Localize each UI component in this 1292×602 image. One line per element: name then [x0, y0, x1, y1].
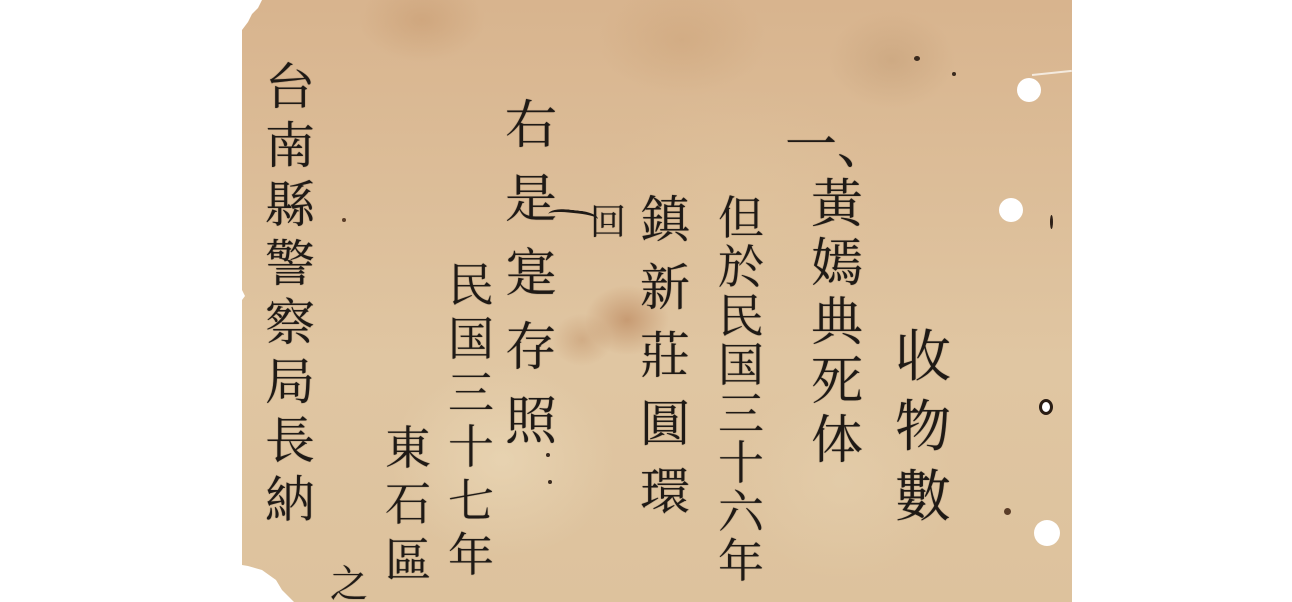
char: 局: [265, 357, 315, 407]
char: 嫣: [811, 238, 863, 290]
char: 察: [265, 298, 315, 348]
char: 民: [718, 293, 764, 339]
char: 存: [505, 322, 557, 374]
char: 年: [448, 532, 494, 578]
char: 一、: [785, 120, 889, 172]
char: 七: [448, 478, 494, 524]
char: 六: [718, 489, 764, 535]
char: 三: [718, 391, 764, 437]
ink-speck: [1004, 508, 1011, 515]
char: 長: [265, 416, 315, 466]
column-location: 鎮 新 莊 圓 環: [640, 195, 690, 535]
column-district: 東 石 區: [385, 425, 431, 593]
char: 黃: [811, 179, 863, 231]
ink-speck: [914, 56, 920, 61]
char: 鎮: [640, 195, 690, 245]
char: 於: [718, 244, 764, 290]
ink-speck: [952, 72, 956, 76]
char: 莊: [640, 331, 690, 381]
char: 但: [718, 195, 764, 241]
char: 照: [505, 396, 557, 448]
char: 納: [265, 475, 315, 525]
char: 區: [385, 537, 431, 583]
column-certification: 右 是 寔 存 照: [505, 100, 557, 470]
column-addressee: 台 南 縣 警 察 局 長 納: [265, 62, 315, 534]
char: 收: [895, 330, 951, 386]
char: 典: [811, 297, 863, 349]
binding-hole: [1042, 402, 1050, 412]
char: 東: [385, 425, 431, 471]
char: 国: [448, 316, 494, 362]
char: 石: [385, 481, 431, 527]
tear-crease: [1032, 70, 1072, 76]
ink-speck: [548, 480, 552, 484]
char: 右: [505, 100, 557, 152]
column-receipt-title: 收 物 數: [895, 330, 951, 540]
column-closing: 之: [330, 565, 368, 602]
char: 是: [505, 174, 557, 226]
char: 台: [265, 62, 315, 112]
char: 十: [448, 424, 494, 470]
char: 縣: [265, 180, 315, 230]
char: 国: [718, 342, 764, 388]
char: 三: [448, 370, 494, 416]
column-date-found: 但 於 民 国 三 十 六 年: [718, 195, 764, 587]
binding-hole: [1034, 520, 1060, 546]
ink-speck: [1050, 215, 1053, 229]
char: 死: [811, 356, 863, 408]
char: 數: [895, 470, 951, 526]
char: 環: [640, 467, 690, 517]
char: 南: [265, 121, 315, 171]
char: 圓: [640, 399, 690, 449]
char: 警: [265, 239, 315, 289]
char: 体: [811, 415, 863, 467]
char: 新: [640, 263, 690, 313]
char: 之: [330, 565, 368, 602]
char: 寔: [505, 248, 557, 300]
char: 年: [718, 538, 764, 584]
char: 十: [718, 440, 764, 486]
ink-speck: [342, 218, 346, 222]
char: 物: [895, 400, 951, 456]
column-item-one: 一、 黃 嫣 典 死 体: [785, 120, 889, 474]
column-issue-date: 民 国 三 十 七 年: [448, 262, 494, 586]
char: 民: [448, 262, 494, 308]
scanned-document-page: 收 物 數 一、 黃 嫣 典 死 体 但 於 民 国 三 十 六 年 鎮 新 莊…: [0, 0, 1292, 602]
binding-hole: [999, 198, 1023, 222]
binding-hole: [1017, 78, 1041, 102]
